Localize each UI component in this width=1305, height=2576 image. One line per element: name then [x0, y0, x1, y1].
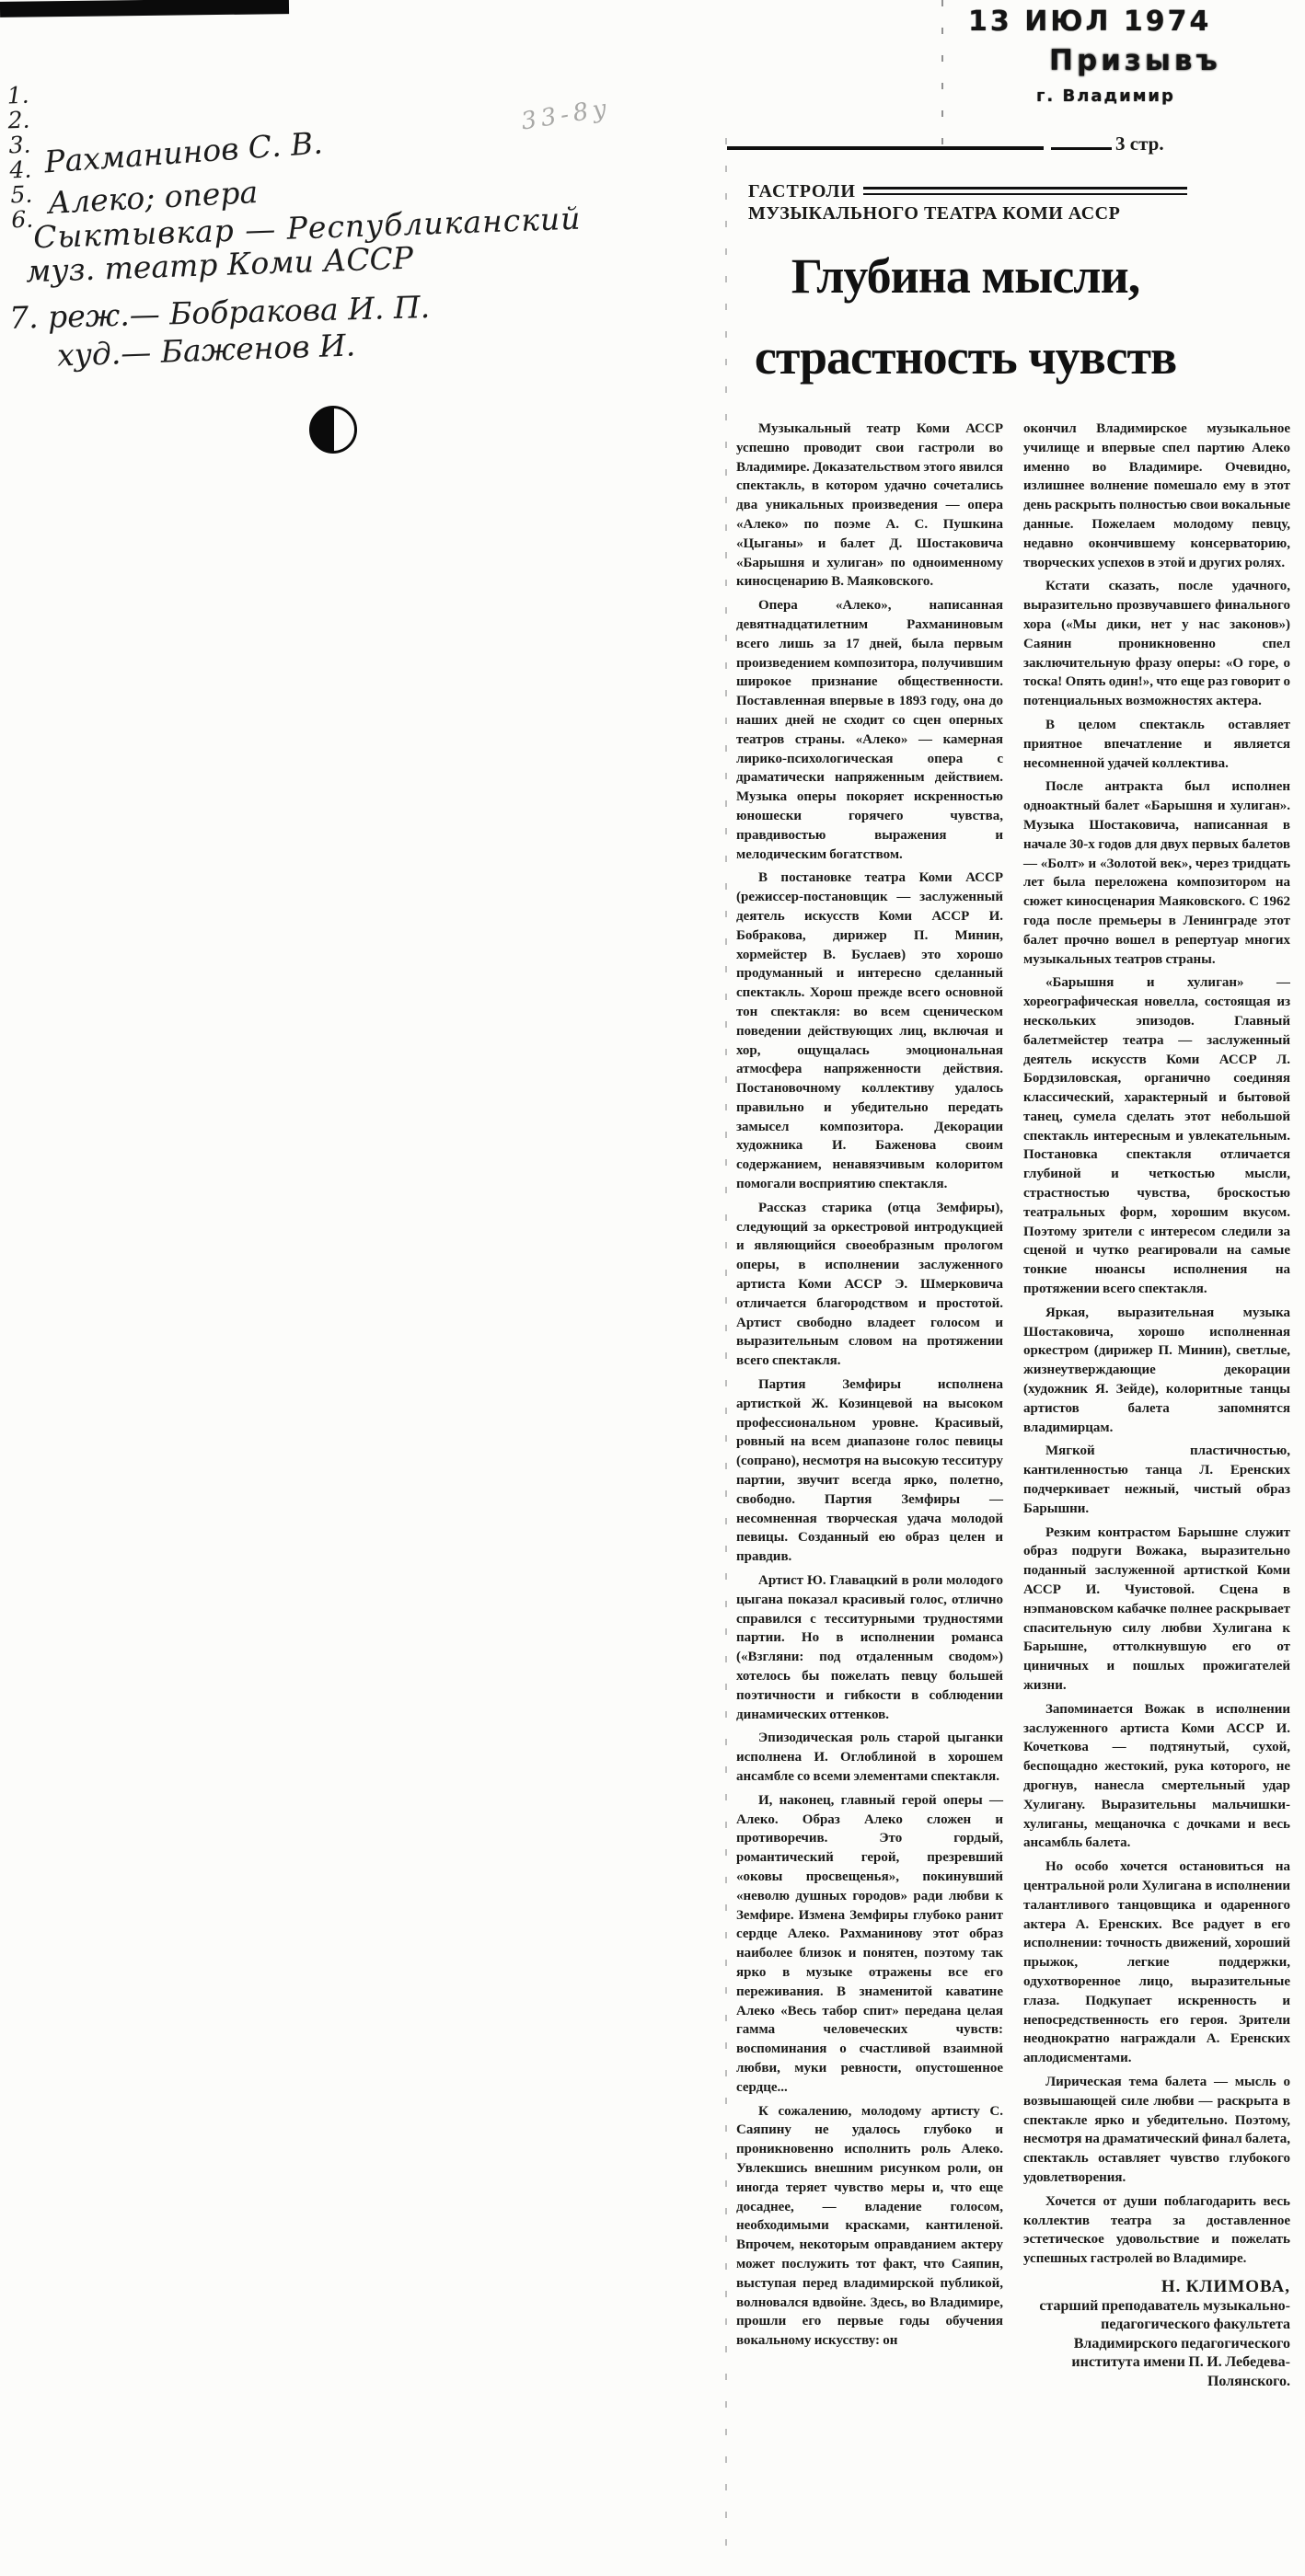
date-stamp: 13 ИЮЛ 1974: [968, 6, 1211, 38]
clipping-edge-dashed-line-left: [725, 138, 727, 2567]
page-header-rule: [727, 146, 1044, 150]
article-paragraph: И, наконец, главный герой оперы — Алеко.…: [736, 1791, 1003, 2098]
signature-role: старший преподаватель музыкально-педагог…: [1023, 2297, 1290, 2392]
article-paragraph: Но особо хочется остановиться на централ…: [1023, 1857, 1290, 2068]
handwritten-number: 5.: [10, 182, 33, 208]
article-paragraph: Запоминается Вожак в исполнении заслужен…: [1023, 1700, 1290, 1853]
article-body: Музыкальный театр Коми АССР успешно пров…: [736, 420, 1290, 2572]
headline-line-2: страстность чувств: [732, 316, 1199, 397]
handwritten-number: 2.: [7, 108, 30, 133]
article-paragraph: Эпизодическая роль старой цыганки исполн…: [736, 1729, 1003, 1786]
scan-artifact-bar: [0, 0, 289, 17]
handwritten-number: 3.: [8, 132, 31, 158]
headline-line-1: Глубина мысли,: [732, 236, 1199, 316]
article-paragraph: Кстати сказать, после удачного, выразите…: [1023, 577, 1290, 711]
article-headline: Глубина мысли, страстность чувств: [732, 236, 1199, 397]
kicker-line-2: МУЗЫКАЛЬНОГО ТЕАТРА КОМИ АССР: [748, 203, 1120, 224]
article-paragraph: Партия Земфиры исполнена артисткой Ж. Ко…: [736, 1375, 1003, 1567]
article-paragraph: В целом спектакль оставляет приятное впе…: [1023, 716, 1290, 773]
handwritten-number: 1.: [6, 83, 29, 109]
clipping-edge-dashed-line-top: [941, 0, 943, 152]
article-paragraph: К сожалению, молодому артисту С. Саяпину…: [736, 2102, 1003, 2351]
article-paragraph: Рассказ старика (отца Земфиры), следующи…: [736, 1199, 1003, 1371]
page-header-rule-short: [1051, 147, 1112, 150]
article-paragraph: Мягкой пластичностью, кантиленностью тан…: [1023, 1442, 1290, 1518]
article-signature: Н. КЛИМОВА, старший преподаватель музыка…: [1023, 2278, 1290, 2391]
half-moon-punch-mark: [309, 406, 357, 454]
kicker-double-rule: [863, 187, 1187, 195]
handwritten-number: 4.: [9, 157, 32, 183]
article-paragraph: Музыкальный театр Коми АССР успешно пров…: [736, 420, 1003, 592]
kicker-line-1: ГАСТРОЛИ: [748, 181, 856, 202]
city-stamp: г. Владимир: [1036, 86, 1175, 106]
article-paragraph: Хочется от души поблагодарить весь колле…: [1023, 2192, 1290, 2269]
article-column-right-paragraphs: окончил Владимирское музыкальное училище…: [1023, 420, 1290, 2269]
pencil-registry-code: 33-8у: [519, 94, 613, 135]
article-paragraph: После антракта был исполнен одноактный б…: [1023, 777, 1290, 969]
signature-name: Н. КЛИМОВА,: [1023, 2278, 1290, 2297]
handwritten-index-numbers: 1.2.3.4.5.6.: [6, 83, 33, 233]
article-paragraph: Опера «Алеко», написанная девятнадцатиле…: [736, 596, 1003, 864]
handwritten-artist-line: худ.— Баженов И.: [56, 327, 355, 373]
article-column-left: Музыкальный театр Коми АССР успешно пров…: [736, 420, 1003, 2572]
handwritten-author-line: Рахманинов С. В.: [43, 124, 324, 179]
article-paragraph: Резким контрастом Барышне служит образ п…: [1023, 1524, 1290, 1696]
article-column-right: окончил Владимирское музыкальное училище…: [1023, 420, 1290, 2572]
article-paragraph: «Барышня и хулиган» — хореографическая н…: [1023, 973, 1290, 1299]
article-paragraph: Яркая, выразительная музыка Шостаковича,…: [1023, 1304, 1290, 1438]
page-number-label: 3 стр.: [1115, 132, 1164, 155]
article-paragraph: окончил Владимирское музыкальное училище…: [1023, 420, 1290, 572]
newspaper-name-stamp: Призывъ: [1049, 44, 1221, 77]
newspaper-clipping-scan: { "archival_marks": { "registry_code": "…: [0, 0, 1305, 2576]
handwritten-number: 6.: [11, 207, 34, 233]
article-paragraph: В постановке театра Коми АССР (режиссер-…: [736, 868, 1003, 1194]
article-paragraph: Артист Ю. Главацкий в роли молодого цыга…: [736, 1571, 1003, 1724]
article-paragraph: Лирическая тема балета — мысль о возвыша…: [1023, 2073, 1290, 2188]
handwritten-director-line: 7. реж.— Бобракова И. П.: [9, 289, 431, 336]
